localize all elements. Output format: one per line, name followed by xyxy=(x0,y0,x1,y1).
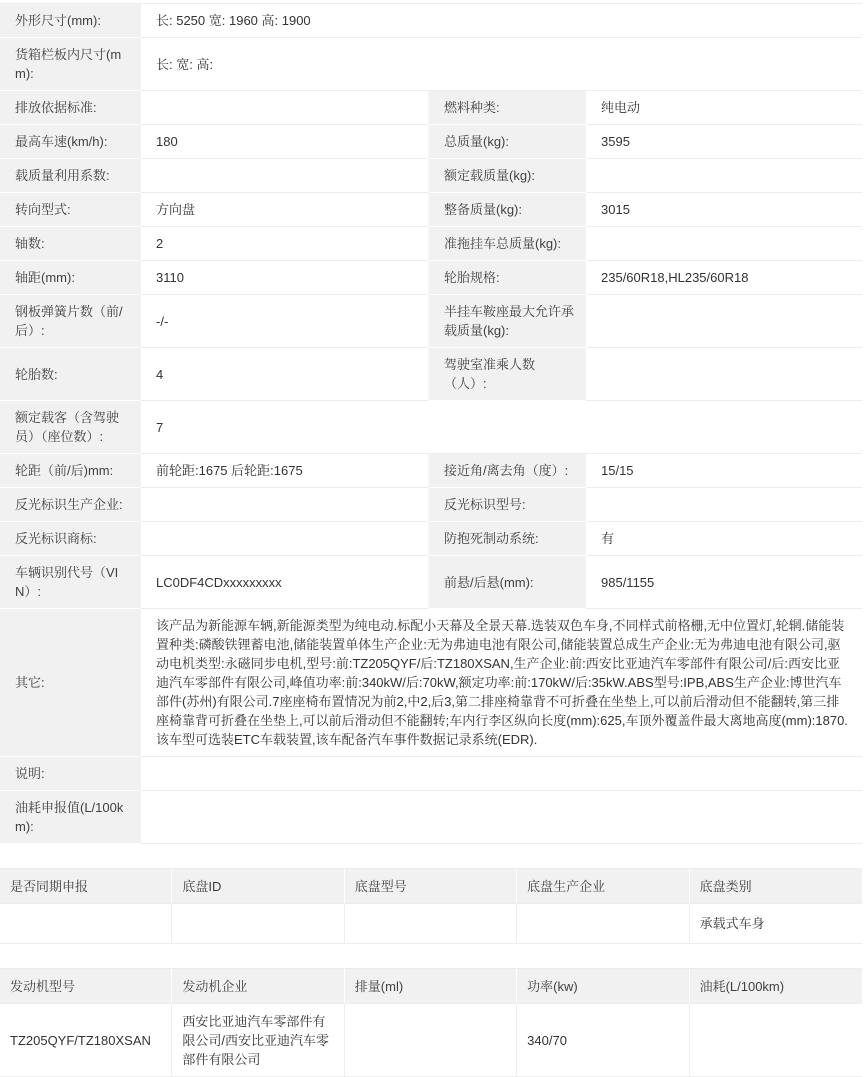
spec-value xyxy=(586,348,862,401)
spec-label-text: 防抱死制动系统: xyxy=(444,529,539,548)
engine-header-text: 发动机型号 xyxy=(10,977,75,996)
spec-value xyxy=(141,159,429,193)
engine-header-cell: 油耗(L/100km) xyxy=(690,969,862,1004)
engine-data-row: TZ205QYF/TZ180XSAN 西安比亚迪汽车零部件有限公司/西安比亚迪汽… xyxy=(0,1004,862,1077)
spec-label: 货箱栏板内尺寸(mm): xyxy=(0,38,141,91)
spec-label-text: 外形尺寸(mm): xyxy=(15,11,101,30)
spec-label: 轮胎规格: xyxy=(429,261,586,295)
spec-value-text: 长: 宽: 高: xyxy=(156,55,213,74)
vehicle-announcement-page: 外形尺寸(mm): 长: 5250 宽: 1960 高: 1900 货箱栏板内尺… xyxy=(0,3,862,1077)
spec-value: 该产品为新能源车辆,新能源类型为纯电动.标配小天幕及全景天幕.选装双色车身,不同… xyxy=(141,609,862,757)
spec-row-load-utilization-rated-load: 载质量利用系数: 额定载质量(kg): xyxy=(0,159,862,193)
spec-label: 防抱死制动系统: xyxy=(429,522,586,556)
engine-table: 发动机型号 发动机企业 排量(ml) 功率(kw) 油耗(L/100km) TZ… xyxy=(0,968,862,1077)
chassis-header-text: 底盘型号 xyxy=(355,877,407,896)
spec-label-text: 轴数: xyxy=(15,234,45,253)
engine-cell xyxy=(345,1004,517,1077)
spec-label: 最高车速(km/h): xyxy=(0,125,141,159)
chassis-header-row: 是否同期申报 底盘ID 底盘型号 底盘生产企业 底盘类别 xyxy=(0,869,862,904)
spec-label-text: 反光标识生产企业: xyxy=(15,495,123,514)
spec-label: 额定载质量(kg): xyxy=(429,159,586,193)
spec-label: 驾驶室准乘人数（人）: xyxy=(429,348,586,401)
spec-label-text: 说明: xyxy=(15,764,45,783)
chassis-header-text: 底盘生产企业 xyxy=(527,877,605,896)
spec-value: 纯电动 xyxy=(586,91,862,125)
spec-label-text: 驾驶室准乘人数（人）: xyxy=(444,355,574,393)
spec-label-text: 转向型式: xyxy=(15,200,71,219)
engine-header-text: 发动机企业 xyxy=(182,977,247,996)
spec-label: 载质量利用系数: xyxy=(0,159,141,193)
engine-header-cell: 排量(ml) xyxy=(345,969,517,1004)
spec-value: 235/60R18,HL235/60R18 xyxy=(586,261,862,295)
spec-label-text: 整备质量(kg): xyxy=(444,200,522,219)
spec-label: 轮距（前/后)mm: xyxy=(0,454,141,488)
spec-label-text: 货箱栏板内尺寸(mm): xyxy=(15,45,129,83)
spec-label: 反光标识生产企业: xyxy=(0,488,141,522)
spec-label-text: 轮胎规格: xyxy=(444,268,500,287)
spec-label-text: 额定载客（含驾驶员）（座位数）: xyxy=(15,408,129,446)
spec-value: 3110 xyxy=(141,261,429,295)
spec-label-text: 准拖挂车总质量(kg): xyxy=(444,234,561,253)
engine-cell: 340/70 xyxy=(517,1004,689,1077)
spec-value: 4 xyxy=(141,348,429,401)
spec-row-wheelbase-tire-spec: 轴距(mm): 3110 轮胎规格: 235/60R18,HL235/60R18 xyxy=(0,261,862,295)
spec-value xyxy=(586,488,862,522)
spec-label: 排放依据标准: xyxy=(0,91,141,125)
chassis-cell xyxy=(172,904,344,944)
spec-label: 整备质量(kg): xyxy=(429,193,586,227)
spec-label-text: 接近角/离去角（度）: xyxy=(444,461,568,480)
spec-value-text: 有 xyxy=(601,529,614,548)
spec-value xyxy=(586,227,862,261)
spec-value-text: 235/60R18,HL235/60R18 xyxy=(601,268,748,287)
spec-label-text: 燃料种类: xyxy=(444,98,500,117)
spec-value: 方向盘 xyxy=(141,193,429,227)
spec-value: 985/1155 xyxy=(586,556,862,609)
spec-label-text: 最高车速(km/h): xyxy=(15,132,107,151)
engine-header-row: 发动机型号 发动机企业 排量(ml) 功率(kw) 油耗(L/100km) xyxy=(0,969,862,1004)
spec-row-axles-trailer-mass: 轴数: 2 准拖挂车总质量(kg): xyxy=(0,227,862,261)
spec-value: 3595 xyxy=(586,125,862,159)
spec-row-remarks: 说明: xyxy=(0,757,862,791)
spec-value xyxy=(141,91,429,125)
engine-cell-text: TZ205QYF/TZ180XSAN xyxy=(10,1031,151,1050)
spec-value: 前轮距:1675 后轮距:1675 xyxy=(141,454,429,488)
spec-label-text: 额定载质量(kg): xyxy=(444,166,535,185)
spec-value-text: LC0DF4CDxxxxxxxxx xyxy=(156,573,282,592)
engine-cell: TZ205QYF/TZ180XSAN xyxy=(0,1004,172,1077)
spec-table: 外形尺寸(mm): 长: 5250 宽: 1960 高: 1900 货箱栏板内尺… xyxy=(0,3,862,844)
engine-header-cell: 发动机企业 xyxy=(172,969,344,1004)
chassis-header-cell: 底盘ID xyxy=(172,869,344,904)
spec-label-text: 总质量(kg): xyxy=(444,132,509,151)
spec-label-text: 车辆识别代号（VIN）: xyxy=(15,563,129,601)
spec-value-text: 前轮距:1675 后轮距:1675 xyxy=(156,461,303,480)
spec-label: 准拖挂车总质量(kg): xyxy=(429,227,586,261)
spec-value-text: 长: 5250 宽: 1960 高: 1900 xyxy=(156,11,311,30)
spec-value xyxy=(586,295,862,348)
spec-label: 钢板弹簧片数（前/后）: xyxy=(0,295,141,348)
engine-header-text: 油耗(L/100km) xyxy=(700,977,785,996)
spec-row-reflective-marking-manufacturer-model: 反光标识生产企业: 反光标识型号: xyxy=(0,488,862,522)
spec-value-text: 2 xyxy=(156,234,163,253)
spec-label: 额定载客（含驾驶员）（座位数）: xyxy=(0,401,141,454)
engine-header-text: 功率(kw) xyxy=(527,977,578,996)
spec-row-cargo-box-dimensions: 货箱栏板内尺寸(mm): 长: 宽: 高: xyxy=(0,38,862,91)
spec-value-text: 3110 xyxy=(156,268,184,287)
spec-label: 轮胎数: xyxy=(0,348,141,401)
spec-value-text: 4 xyxy=(156,365,163,384)
spec-label-text: 半挂车鞍座最大允许承载质量(kg): xyxy=(444,302,574,340)
spec-label: 油耗申报值(L/100km): xyxy=(0,791,141,844)
spec-row-max-speed-gross-mass: 最高车速(km/h): 180 总质量(kg): 3595 xyxy=(0,125,862,159)
chassis-header-cell: 是否同期申报 xyxy=(0,869,172,904)
spec-label: 外形尺寸(mm): xyxy=(0,4,141,38)
engine-header-text: 排量(ml) xyxy=(355,977,403,996)
spec-value-text: 该产品为新能源车辆,新能源类型为纯电动.标配小天幕及全景天幕.选装双色车身,不同… xyxy=(156,616,850,749)
spec-value: 7 xyxy=(141,401,862,454)
chassis-header-cell: 底盘生产企业 xyxy=(517,869,689,904)
spec-value: 2 xyxy=(141,227,429,261)
spec-row-track-approach-angle: 轮距（前/后)mm: 前轮距:1675 后轮距:1675 接近角/离去角（度）:… xyxy=(0,454,862,488)
chassis-header-cell: 底盘型号 xyxy=(345,869,517,904)
chassis-table: 是否同期申报 底盘ID 底盘型号 底盘生产企业 底盘类别 承载式车身 xyxy=(0,868,862,944)
engine-cell-text: 340/70 xyxy=(527,1031,567,1050)
spec-label: 接近角/离去角（度）: xyxy=(429,454,586,488)
spec-label-text: 反光标识型号: xyxy=(444,495,526,514)
chassis-cell xyxy=(517,904,689,944)
spec-label: 车辆识别代号（VIN）: xyxy=(0,556,141,609)
spec-value xyxy=(141,791,862,844)
spec-row-other: 其它: 该产品为新能源车辆,新能源类型为纯电动.标配小天幕及全景天幕.选装双色车… xyxy=(0,609,862,757)
chassis-header-text: 是否同期申报 xyxy=(10,877,88,896)
spec-value: 15/15 xyxy=(586,454,862,488)
spec-value-text: 7 xyxy=(156,418,163,437)
engine-cell: 西安比亚迪汽车零部件有限公司/西安比亚迪汽车零部件有限公司 xyxy=(172,1004,344,1077)
spec-value-text: 180 xyxy=(156,132,178,151)
engine-header-cell: 功率(kw) xyxy=(517,969,689,1004)
spec-label: 半挂车鞍座最大允许承载质量(kg): xyxy=(429,295,586,348)
spec-row-reflective-trademark-abs: 反光标识商标: 防抱死制动系统: 有 xyxy=(0,522,862,556)
chassis-header-text: 底盘类别 xyxy=(700,877,752,896)
spec-label: 说明: xyxy=(0,757,141,791)
engine-cell-text: 西安比亚迪汽车零部件有限公司/西安比亚迪汽车零部件有限公司 xyxy=(182,1012,333,1069)
spec-value: 3015 xyxy=(586,193,862,227)
engine-cell xyxy=(690,1004,862,1077)
spec-label-text: 排放依据标准: xyxy=(15,98,97,117)
spec-row-declared-fuel-consumption: 油耗申报值(L/100km): xyxy=(0,791,862,844)
spec-value: -/- xyxy=(141,295,429,348)
spec-label-text: 油耗申报值(L/100km): xyxy=(15,798,129,836)
chassis-header-text: 底盘ID xyxy=(182,877,221,896)
spec-row-exterior-dimensions: 外形尺寸(mm): 长: 5250 宽: 1960 高: 1900 xyxy=(0,4,862,38)
spec-value: 长: 5250 宽: 1960 高: 1900 xyxy=(141,4,862,38)
spec-row-vin-overhang: 车辆识别代号（VIN）: LC0DF4CDxxxxxxxxx 前悬/后悬(mm)… xyxy=(0,556,862,609)
spec-row-tire-count-cab-passengers: 轮胎数: 4 驾驶室准乘人数（人）: xyxy=(0,348,862,401)
spec-value xyxy=(141,522,429,556)
spec-value-text: 3595 xyxy=(601,132,630,151)
spec-row-seating-capacity: 额定载客（含驾驶员）（座位数）: 7 xyxy=(0,401,862,454)
spec-label-text: 前悬/后悬(mm): xyxy=(444,573,534,592)
spec-row-steering-curb-mass: 转向型式: 方向盘 整备质量(kg): 3015 xyxy=(0,193,862,227)
spec-value: 有 xyxy=(586,522,862,556)
spec-value: 180 xyxy=(141,125,429,159)
chassis-cell xyxy=(0,904,172,944)
spec-value xyxy=(586,159,862,193)
chassis-cell xyxy=(345,904,517,944)
spec-label: 轴距(mm): xyxy=(0,261,141,295)
spec-label: 燃料种类: xyxy=(429,91,586,125)
spec-label: 转向型式: xyxy=(0,193,141,227)
chassis-data-row: 承载式车身 xyxy=(0,904,862,944)
spec-value-text: 985/1155 xyxy=(601,573,654,592)
spec-row-emission-standard-fuel-type: 排放依据标准: 燃料种类: 纯电动 xyxy=(0,91,862,125)
spec-value-text: -/- xyxy=(156,312,168,331)
spec-value-text: 3015 xyxy=(601,200,630,219)
spec-value: 长: 宽: 高: xyxy=(141,38,862,91)
spec-label: 其它: xyxy=(0,609,141,757)
spec-value-text: 15/15 xyxy=(601,461,634,480)
spec-label: 前悬/后悬(mm): xyxy=(429,556,586,609)
spec-label-text: 反光标识商标: xyxy=(15,529,97,548)
spec-label: 反光标识型号: xyxy=(429,488,586,522)
spec-label: 总质量(kg): xyxy=(429,125,586,159)
spec-label-text: 载质量利用系数: xyxy=(15,166,110,185)
spec-label-text: 钢板弹簧片数（前/后）: xyxy=(15,302,129,340)
chassis-cell-text: 承载式车身 xyxy=(700,914,765,933)
spec-label-text: 轮胎数: xyxy=(15,365,58,384)
spec-row-leaf-springs-saddle-load: 钢板弹簧片数（前/后）: -/- 半挂车鞍座最大允许承载质量(kg): xyxy=(0,295,862,348)
spec-value-text: 纯电动 xyxy=(601,98,640,117)
spec-label: 反光标识商标: xyxy=(0,522,141,556)
spec-value xyxy=(141,757,862,791)
spec-label-text: 其它: xyxy=(15,673,45,692)
engine-header-cell: 发动机型号 xyxy=(0,969,172,1004)
spec-label: 轴数: xyxy=(0,227,141,261)
spec-label-text: 轴距(mm): xyxy=(15,268,75,287)
spec-label-text: 轮距（前/后)mm: xyxy=(15,461,113,480)
spec-value-text: 方向盘 xyxy=(156,200,195,219)
spec-value xyxy=(141,488,429,522)
chassis-header-cell: 底盘类别 xyxy=(690,869,862,904)
spec-value: LC0DF4CDxxxxxxxxx xyxy=(141,556,429,609)
chassis-cell: 承载式车身 xyxy=(690,904,862,944)
